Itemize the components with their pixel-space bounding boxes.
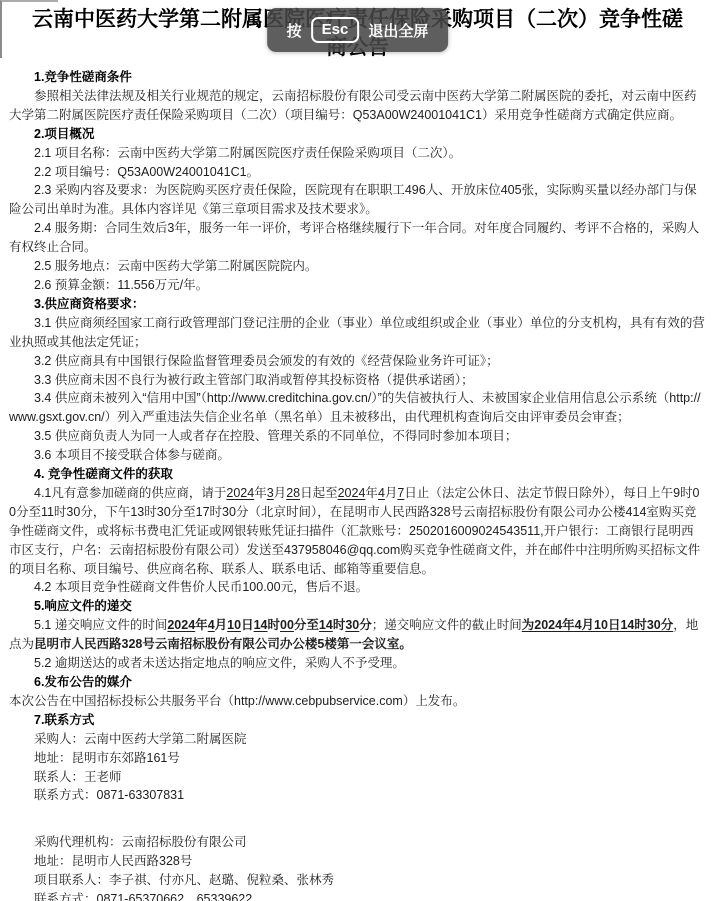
- text-run: 日起至: [300, 486, 338, 500]
- text-run: 月: [215, 618, 228, 632]
- text-run: 5.响应文件的递交: [34, 599, 132, 613]
- text-run: 月: [274, 486, 287, 500]
- text-run: 分: [359, 618, 372, 632]
- text-run: 2024: [167, 618, 195, 632]
- text-run: 采购人：云南中医药大学第二附属医院: [34, 732, 247, 746]
- text-run: 地址：昆明市东郊路161号: [34, 751, 180, 765]
- text-run: 2.4 服务期：合同生效后3年，服务一年一评价，考评合格继续履行下一年合同。对年…: [9, 221, 699, 254]
- announcement-document: 云南中医药大学第二附属医院医疗责任保险采购项目（二次）竞争性磋商公告 1.竞争性…: [0, 0, 715, 901]
- text-run: 3.5 供应商负责人为同一人或者存在控股、管理关系的不同单位，不得同时参加本项目…: [34, 429, 517, 443]
- text-run: 年: [195, 618, 208, 632]
- text-run: 采购代理机构：云南招标股份有限公司: [34, 835, 247, 849]
- text-run: 为2024年4月10日14时30分: [522, 618, 673, 632]
- text-run: 4.2 本项目竞争性磋商文件售价人民币100.00元，售后不退。: [34, 580, 368, 594]
- paragraph: 3.6 本项目不接受联合体参与磋商。: [9, 446, 706, 465]
- text-run: 地址：昆明市人民西路328号: [34, 854, 192, 868]
- text-run: 本次公告在中国招标投标公共服务平台（http://www.cebpubservi…: [9, 694, 465, 708]
- text-run: 3.6 本项目不接受联合体参与磋商。: [34, 448, 230, 462]
- text-run: 7.联系方式: [34, 713, 94, 727]
- text-run: 2.项目概况: [34, 127, 94, 141]
- text-run: 2024: [338, 486, 366, 500]
- text-run: 2024: [226, 486, 254, 500]
- text-run: 4.1凡有意参加磋商的供应商，请于: [34, 486, 226, 500]
- text-run: 14: [319, 618, 333, 632]
- paragraph: 采购代理机构：云南招标股份有限公司: [9, 833, 706, 852]
- text-run: 2.5 服务地点：云南中医药大学第二附属医院院内。: [34, 259, 317, 273]
- paragraph: 3.2 供应商具有中国银行保险监督管理委员会颁发的有效的《经营保险业务许可证》；: [9, 352, 706, 371]
- text-run: 项目联系人：李子祺、付亦凡、赵璐、倪粒桑、张林秀: [34, 873, 334, 887]
- section-heading: 2.项目概况: [9, 125, 706, 144]
- section-heading: 1.竞争性磋商条件: [9, 68, 706, 87]
- paragraph: 5.1 递交响应文件的时间2024年4月10日14时00分至14时30分；递交响…: [9, 616, 706, 654]
- paragraph: 2.3 采购内容及要求：为医院购买医疗责任保险，医院现有在职职工496人、开放床…: [9, 181, 706, 219]
- text-run: 2.6 预算金额：11.556万元/年。: [34, 278, 208, 292]
- text-run: 参照相关法律法规及相关行业规范的规定，云南招标股份有限公司受云南中医药大学第二附…: [9, 89, 697, 122]
- text-run: 3.1 供应商须经国家工商行政管理部门登记注册的企业（事业）单位或组织或企业（事…: [9, 316, 705, 349]
- text-run: 2.2 项目编号：Q53A00W24001041C1。: [34, 165, 259, 179]
- text-run: 3.3 供应商未因不良行为被行政主管部门取消或暂停其投标资格（提供承诺函）；: [34, 373, 474, 387]
- text-run: 联系方式：0871-63307831: [34, 788, 184, 802]
- paragraph: 采购人：云南中医药大学第二附属医院: [9, 730, 706, 749]
- text-run: 3.供应商资格要求：: [34, 297, 144, 311]
- text-run: 10: [227, 618, 241, 632]
- paragraph: 2.2 项目编号：Q53A00W24001041C1。: [9, 163, 706, 182]
- paragraph: 联系方式：0871-65370662、65339622: [9, 890, 706, 901]
- section-heading: 3.供应商资格要求：: [9, 295, 706, 314]
- toast-prefix-text: 按: [287, 20, 302, 41]
- paragraph: 4.1凡有意参加磋商的供应商，请于2024年3月28日起至2024年4月7日止（…: [9, 484, 706, 579]
- blank-line: [9, 805, 706, 833]
- text-run: 1.竞争性磋商条件: [34, 70, 132, 84]
- text-run: 昆明市人民西路328号云南招标股份有限公司办公楼5楼第一会议室。: [34, 637, 412, 651]
- paragraph: 2.1 项目名称：云南中医药大学第二附属医院医疗责任保险采购项目（二次）。: [9, 144, 706, 163]
- text-run: 6.发布公告的媒介: [34, 675, 132, 689]
- section-heading: 4. 竞争性磋商文件的获取: [9, 465, 706, 484]
- paragraph: 2.4 服务期：合同生效后3年，服务一年一评价，考评合格继续履行下一年合同。对年…: [9, 219, 706, 257]
- text-run: ；递交响应文件的截止时间: [372, 618, 522, 632]
- fullscreen-exit-toast: 按 Esc 退出全屏: [267, 8, 449, 52]
- text-run: 时: [267, 618, 280, 632]
- document-body: 1.竞争性磋商条件参照相关法律法规及相关行业规范的规定，云南招标股份有限公司受云…: [9, 68, 706, 901]
- text-run: 4: [208, 618, 215, 632]
- text-run: 30: [345, 618, 359, 632]
- text-run: 年: [365, 486, 378, 500]
- section-heading: 5.响应文件的递交: [9, 597, 706, 616]
- section-heading: 7.联系方式: [9, 711, 706, 730]
- text-run: 3.4 供应商未被列入“信用中国”（http://www.creditchina…: [9, 391, 701, 424]
- text-run: 联系方式：0871-65370662、65339622: [34, 892, 252, 901]
- paragraph: 3.4 供应商未被列入“信用中国”（http://www.creditchina…: [9, 389, 706, 427]
- paragraph: 地址：昆明市东郊路161号: [9, 749, 706, 768]
- paragraph: 参照相关法律法规及相关行业规范的规定，云南招标股份有限公司受云南中医药大学第二附…: [9, 87, 706, 125]
- paragraph: 联系人：王老师: [9, 768, 706, 787]
- text-run: 分至: [294, 618, 319, 632]
- document-viewer-page: 云南中医药大学第二附属医院医疗责任保险采购项目（二次）竞争性磋商公告 1.竞争性…: [0, 0, 715, 901]
- text-run: 00: [280, 618, 294, 632]
- text-run: 年: [254, 486, 267, 500]
- text-run: 时: [333, 618, 346, 632]
- text-run: 3: [267, 486, 274, 500]
- paragraph: 联系方式：0871-63307831: [9, 786, 706, 805]
- text-run: 2.1 项目名称：云南中医药大学第二附属医院医疗责任保险采购项目（二次）。: [34, 146, 461, 160]
- text-run: 28: [286, 486, 300, 500]
- esc-keycap-icon: Esc: [311, 17, 360, 43]
- paragraph: 3.3 供应商未因不良行为被行政主管部门取消或暂停其投标资格（提供承诺函）；: [9, 371, 706, 390]
- toast-suffix-text: 退出全屏: [368, 20, 428, 41]
- paragraph: 2.6 预算金额：11.556万元/年。: [9, 276, 706, 295]
- paragraph: 3.1 供应商须经国家工商行政管理部门登记注册的企业（事业）单位或组织或企业（事…: [9, 314, 706, 352]
- paragraph: 4.2 本项目竞争性磋商文件售价人民币100.00元，售后不退。: [9, 578, 706, 597]
- paragraph: 地址：昆明市人民西路328号: [9, 852, 706, 871]
- text-run: 4: [378, 486, 385, 500]
- text-run: 联系人：王老师: [34, 770, 122, 784]
- paragraph: 3.5 供应商负责人为同一人或者存在控股、管理关系的不同单位，不得同时参加本项目…: [9, 427, 706, 446]
- paragraph: 本次公告在中国招标投标公共服务平台（http://www.cebpubservi…: [9, 692, 706, 711]
- text-run: 月: [385, 486, 398, 500]
- text-run: 3.2 供应商具有中国银行保险监督管理委员会颁发的有效的《经营保险业务许可证》；: [34, 354, 499, 368]
- text-run: 2.3 采购内容及要求：为医院购买医疗责任保险，医院现有在职职工496人、开放床…: [9, 183, 697, 216]
- text-run: 5.1 递交响应文件的时间: [34, 618, 167, 632]
- text-run: 14: [254, 618, 268, 632]
- text-run: 日: [241, 618, 254, 632]
- section-heading: 6.发布公告的媒介: [9, 673, 706, 692]
- paragraph: 项目联系人：李子祺、付亦凡、赵璐、倪粒桑、张林秀: [9, 871, 706, 890]
- text-run: 5.2 逾期送达的或者未送达指定地点的响应文件，采购人不予受理。: [34, 656, 405, 670]
- paragraph: 5.2 逾期送达的或者未送达指定地点的响应文件，采购人不予受理。: [9, 654, 706, 673]
- paragraph: 2.5 服务地点：云南中医药大学第二附属医院院内。: [9, 257, 706, 276]
- text-run: 4. 竞争性磋商文件的获取: [34, 467, 173, 481]
